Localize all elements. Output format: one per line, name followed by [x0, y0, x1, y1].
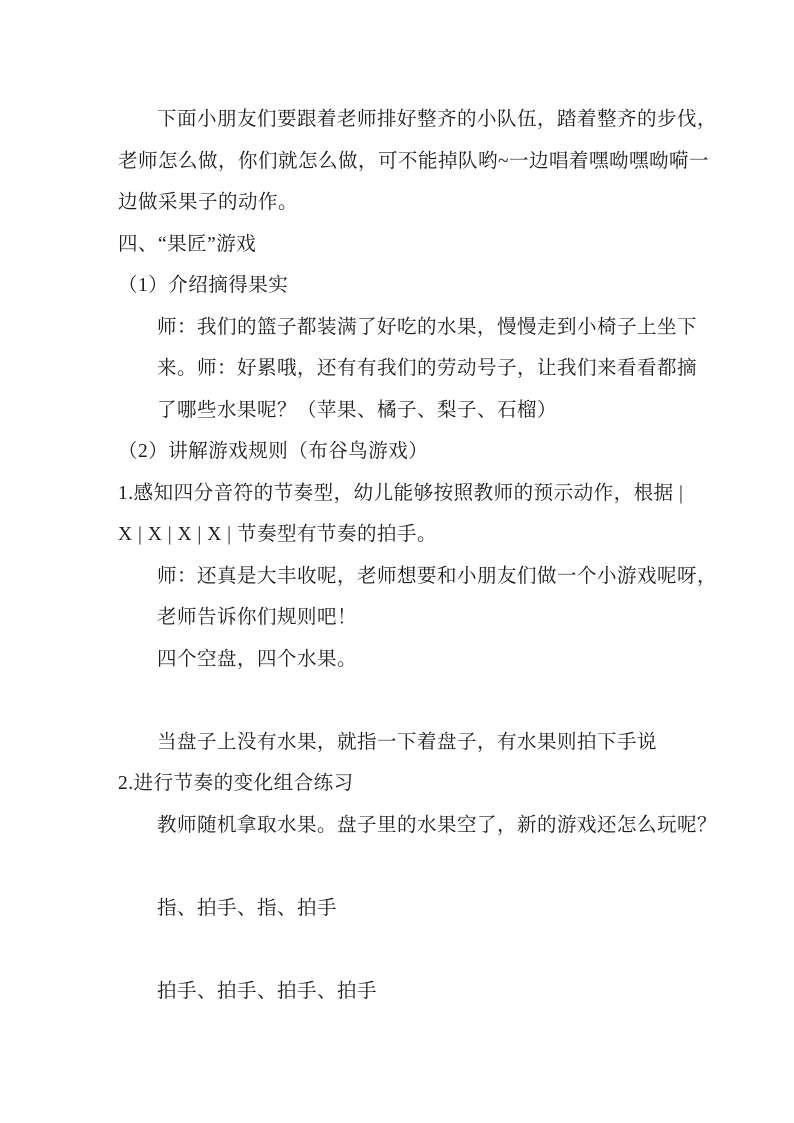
text-line: 了哪些水果呢？（苹果、橘子、梨子、石榴） — [118, 390, 682, 432]
text-line: 指、拍手、指、拍手 — [118, 888, 682, 930]
text-line: X | X | X | X | 节奏型有节奏的拍手。 — [118, 514, 682, 556]
blank-line — [118, 929, 682, 971]
text-line: 老师怎么做，你们就怎么做，可不能掉队哟~一边唱着嘿呦嘿呦嗬一 — [118, 141, 682, 183]
text-line: 拍手、拍手、拍手、拍手 — [118, 971, 682, 1013]
text-line: （1）介绍摘得果实 — [118, 265, 682, 307]
text-line: 四、“果匠”游戏 — [118, 224, 682, 266]
document-page: 下面小朋友们要跟着老师排好整齐的小队伍，踏着整齐的步伐，老师怎么做，你们就怎么做… — [0, 0, 794, 1123]
text-line: 师：我们的篮子都装满了好吃的水果，慢慢走到小椅子上坐下 — [118, 307, 682, 349]
text-line: 2.进行节奏的变化组合练习 — [118, 763, 682, 805]
document-body: 下面小朋友们要跟着老师排好整齐的小队伍，踏着整齐的步伐，老师怎么做，你们就怎么做… — [118, 99, 682, 1012]
text-line: 边做采果子的动作。 — [118, 182, 682, 224]
text-line: 来。师：好累哦，还有有我们的劳动号子，让我们来看看都摘 — [118, 348, 682, 390]
text-line: 四个空盘，四个水果。 — [118, 639, 682, 681]
blank-line — [118, 680, 682, 722]
text-line: 老师告诉你们规则吧！ — [118, 597, 682, 639]
text-line: 当盘子上没有水果，就指一下着盘子，有水果则拍下手说 — [118, 722, 682, 764]
text-line: （2）讲解游戏规则（布谷鸟游戏） — [118, 431, 682, 473]
text-line: 教师随机拿取水果。盘子里的水果空了，新的游戏还怎么玩呢？ — [118, 805, 682, 847]
blank-line — [118, 846, 682, 888]
text-line: 师：还真是大丰收呢，老师想要和小朋友们做一个小游戏呢呀， — [118, 556, 682, 598]
text-line: 1.感知四分音符的节奏型，幼儿能够按照教师的预示动作，根据 | — [118, 473, 682, 515]
text-line: 下面小朋友们要跟着老师排好整齐的小队伍，踏着整齐的步伐， — [118, 99, 682, 141]
